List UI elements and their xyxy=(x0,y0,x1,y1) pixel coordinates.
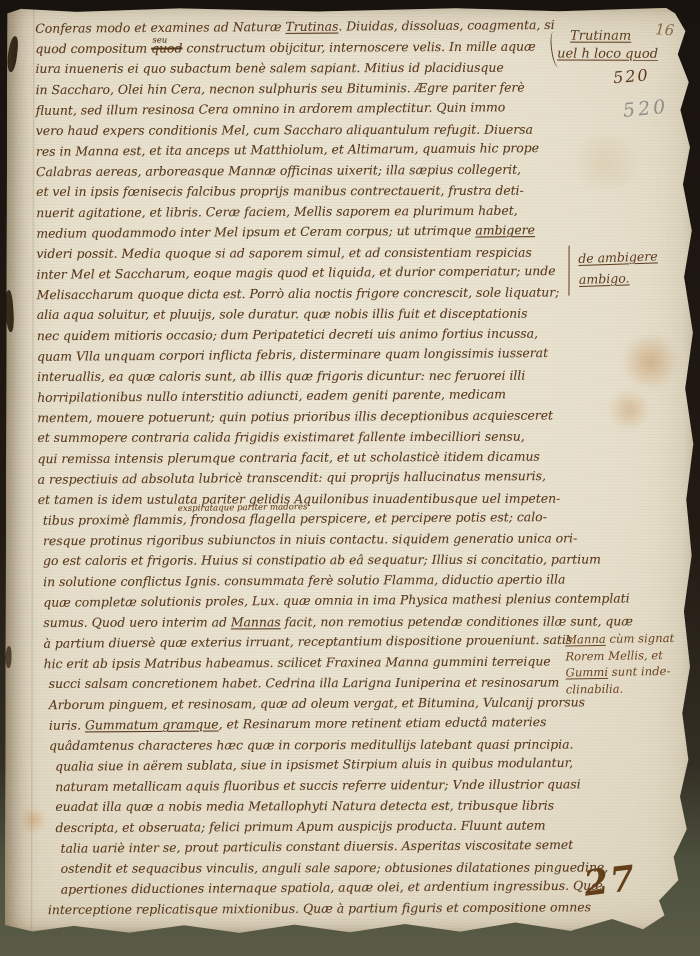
text-line: inter Mel et Saccharum, eoque magis quod… xyxy=(36,261,601,286)
edge-tear-mark xyxy=(5,646,11,668)
line-text: in solutione conflictus Ignis. consummat… xyxy=(43,571,565,589)
line-text: euadat illa quæ a nobis media Metallophy… xyxy=(55,798,554,814)
margin-note-trutinam-line1: Trutinam xyxy=(570,29,631,44)
line-text: naturam metallicam aquis fluoribus et su… xyxy=(55,776,580,794)
manna-note-line: clinabilia. xyxy=(566,679,675,697)
line-text: Conferas modo et examines ad Naturæ xyxy=(35,19,285,36)
text-line: alia aqua soluitur, et pluuijs, sole dur… xyxy=(37,303,602,325)
margin-note-manna: Manna cùm signatRorem Mellis, etGummi su… xyxy=(565,630,675,698)
margin-note-ambigere: de ambigereambigo. xyxy=(578,245,659,290)
line-text: medium quodammodo inter Mel ipsum et Cer… xyxy=(36,223,475,241)
line-text: , et Resinarum more retinent etiam educt… xyxy=(219,714,547,731)
manuscript-page: Conferas modo et examines ad Naturæ Trut… xyxy=(5,6,697,936)
line-text: talia uariè inter se, prout particulis c… xyxy=(60,837,573,856)
text-line: à partium diuersè quæ exterius irruant, … xyxy=(43,630,603,655)
line-text: resque protinus rigoribus subiunctos in … xyxy=(43,530,577,548)
underlined-word: ambigere xyxy=(475,222,535,237)
line-text: Calabras aereas, arboreasque Mannæ offic… xyxy=(36,161,521,179)
gutter-crease xyxy=(31,6,35,934)
foxing-stain xyxy=(621,333,679,391)
line-text: descripta, et obseruata; felici primum A… xyxy=(55,817,545,835)
text-line: quam Vlla unquam corpori inflicta febris… xyxy=(37,343,602,368)
text-line: et summopere contraria calida frigidis e… xyxy=(37,426,602,448)
edge-tear-mark xyxy=(6,36,19,73)
text-line: a respectiuis ad absoluta lubricè transc… xyxy=(38,466,603,491)
line-text: iura inueneris ei quo subactum benè sale… xyxy=(35,60,503,76)
text-line: qualia siue in aërem sublata, siue in ip… xyxy=(55,753,604,778)
text-line: Calabras aereas, arboreasque Mannæ offic… xyxy=(36,159,601,182)
margin-number-pencil: 520 xyxy=(622,96,669,122)
line-text: . Diuidas, dissoluas, coagmenta, si xyxy=(338,17,554,34)
manna-note-line: Manna cùm signat xyxy=(565,630,674,648)
note-text: Rorem Mellis, et xyxy=(565,648,663,663)
text-line: Melisaccharum quoque dicta est. Porrò al… xyxy=(37,282,602,305)
underlined-word: Gummatum gramque xyxy=(85,716,219,732)
manuscript-text-block: Conferas modo et examines ad Naturæ Trut… xyxy=(35,15,605,920)
line-text: facit, non remotius petendæ conditiones … xyxy=(281,613,633,629)
line-text: quod compositum xyxy=(35,40,151,56)
line-text: nec quidem mitioris occasio; dum Peripat… xyxy=(37,325,538,343)
line-text: alia aqua soluitur, et pluuijs, sole dur… xyxy=(37,306,528,322)
line-text: et summopere contraria calida frigidis e… xyxy=(37,429,524,445)
ambigere-note-bar xyxy=(568,246,569,296)
line-text: fluunt, sed illum resinosa Cera omnino i… xyxy=(36,99,506,117)
line-text: qui remissa intensis plerumque contraria… xyxy=(37,448,539,466)
line-text: hic erit ab ipsis Matribus habeamus. sci… xyxy=(44,653,551,671)
text-line: Conferas modo et examines ad Naturæ Trut… xyxy=(35,15,600,40)
note-text: sunt inde- xyxy=(608,664,670,679)
margin-note-trutinam-line2: uel h loco quod xyxy=(557,47,658,62)
text-line: quæ completæ solutionis proles, Lux. quæ… xyxy=(43,589,603,614)
text-line: resque protinus rigoribus subiunctos in … xyxy=(43,528,603,551)
line-text: quam Vlla unquam corpori inflicta febris… xyxy=(37,345,548,364)
edge-tear-mark xyxy=(4,290,15,332)
underlined-word: Gummi xyxy=(566,665,609,680)
text-line: naturam metallicam aquis fluoribus et su… xyxy=(55,774,604,797)
line-text: mentem, mouere potuerunt; quin potius pr… xyxy=(37,407,553,425)
text-line: apertiones diductiones internaque spatio… xyxy=(61,876,605,900)
line-text: et vel in ipsis fœnisecis falcibus propr… xyxy=(36,183,524,199)
line-text: inter Mel et Saccharum, eoque magis quod… xyxy=(36,263,555,282)
line-text: Arborum pinguem, et resinosam, quæ ad ol… xyxy=(49,694,585,712)
line-text: Melisaccharum quoque dicta est. Porrò al… xyxy=(37,284,560,302)
text-line: fluunt, sed illum resinosa Cera omnino i… xyxy=(36,97,601,122)
interlinear-insertion: exspirataque pariter madores xyxy=(178,503,308,514)
line-text: go est caloris et frigoris. Huius si con… xyxy=(43,551,601,567)
line-text: iuris. xyxy=(49,717,85,732)
text-line: interceptione replicatisque mixtionibus.… xyxy=(48,897,605,920)
line-text: constructum obijcitur, internoscere veli… xyxy=(182,38,535,55)
underlined-word: Manna xyxy=(565,632,606,647)
text-line: euadat illa quæ a nobis media Metallophy… xyxy=(55,795,604,817)
folio-number: 16 xyxy=(655,20,675,39)
foxing-stain xyxy=(606,390,652,430)
line-text: a respectiuis ad absoluta lubricè transc… xyxy=(38,468,546,487)
line-text: interceptione replicatisque mixtionibus.… xyxy=(48,899,591,917)
line-text: quæ completæ solutionis proles, Lux. quæ… xyxy=(43,590,629,609)
line-text: res in Manna est, et ita anceps ut Matth… xyxy=(36,140,539,159)
margin-number-ink: 520 xyxy=(612,65,650,87)
line-text: apertiones diductiones internaque spatio… xyxy=(61,878,603,897)
line-text: à partium diuersè quæ exterius irruant, … xyxy=(43,632,572,651)
line-text: qualia siue in aërem sublata, siue in ip… xyxy=(55,755,573,774)
line-text: succi salsam concretionem habet. Cedrina… xyxy=(49,675,560,691)
underlined-word: Mannas xyxy=(231,614,281,629)
line-text: sumus. Quod uero interim ad xyxy=(43,614,231,629)
manna-note-line: Rorem Mellis, et xyxy=(565,646,674,664)
line-text: quâdamtenus characteres hæc quæ in corpo… xyxy=(49,736,574,752)
note-text: clinabilia. xyxy=(566,681,624,696)
scanned-manuscript-photo: { "colors":{ "background_top":"#191310",… xyxy=(0,0,700,956)
note-text: cùm signat xyxy=(606,631,675,646)
ambigere-note-line: ambigo. xyxy=(579,266,659,290)
text-line: iura inueneris ei quo subactum benè sale… xyxy=(35,57,600,79)
text-line: et vel in ipsis fœnisecis falcibus propr… xyxy=(36,180,601,202)
manna-note-line: Gummi sunt inde- xyxy=(566,663,675,681)
text-line: hic erit ab ipsis Matribus habeamus. sci… xyxy=(44,651,604,674)
text-line: iuris. Gummatum gramque, et Resinarum mo… xyxy=(49,712,604,737)
bottom-page-number: 27 xyxy=(582,858,639,905)
ambigere-note-line: de ambigere xyxy=(578,245,658,269)
text-line: horripilationibus nullo interstitio adiu… xyxy=(37,384,602,409)
text-line: medium quodammodo inter Mel ipsum et Cer… xyxy=(36,220,601,245)
line-text: ostendit et sequacibus vinculis, anguli … xyxy=(61,859,609,875)
text-line: quod compositum quodseu constructum obij… xyxy=(35,36,600,59)
text-line: res in Manna est, et ita anceps ut Matth… xyxy=(36,138,601,163)
line-text: vero haud expers conditionis Mel, cum Sa… xyxy=(36,121,533,137)
text-line: mentem, mouere potuerunt; quin potius pr… xyxy=(37,405,602,428)
line-text: videri possit. Media quoque si ad sapore… xyxy=(36,244,531,260)
text-line: tibus proximè flammis, frondosa flagella… xyxy=(43,507,603,532)
text-line: talia uariè inter se, prout particulis c… xyxy=(60,835,604,859)
text-line: go est caloris et frigoris. Huius si con… xyxy=(43,549,603,571)
line-text: horripilationibus nullo interstitio adiu… xyxy=(37,386,506,404)
manuscript-lines: Conferas modo et examines ad Naturæ Trut… xyxy=(35,15,605,920)
underlined-word: Trutinas xyxy=(285,19,338,34)
line-text: in Saccharo, Olei hin Cera, necnon sulph… xyxy=(36,79,525,97)
text-line: succi salsam concretionem habet. Cedrina… xyxy=(49,672,604,694)
line-text: interuallis, ea quæ caloris sunt, ab ill… xyxy=(37,367,525,383)
line-text: nuerit agitatione, et libris. Ceræ facie… xyxy=(36,202,517,220)
